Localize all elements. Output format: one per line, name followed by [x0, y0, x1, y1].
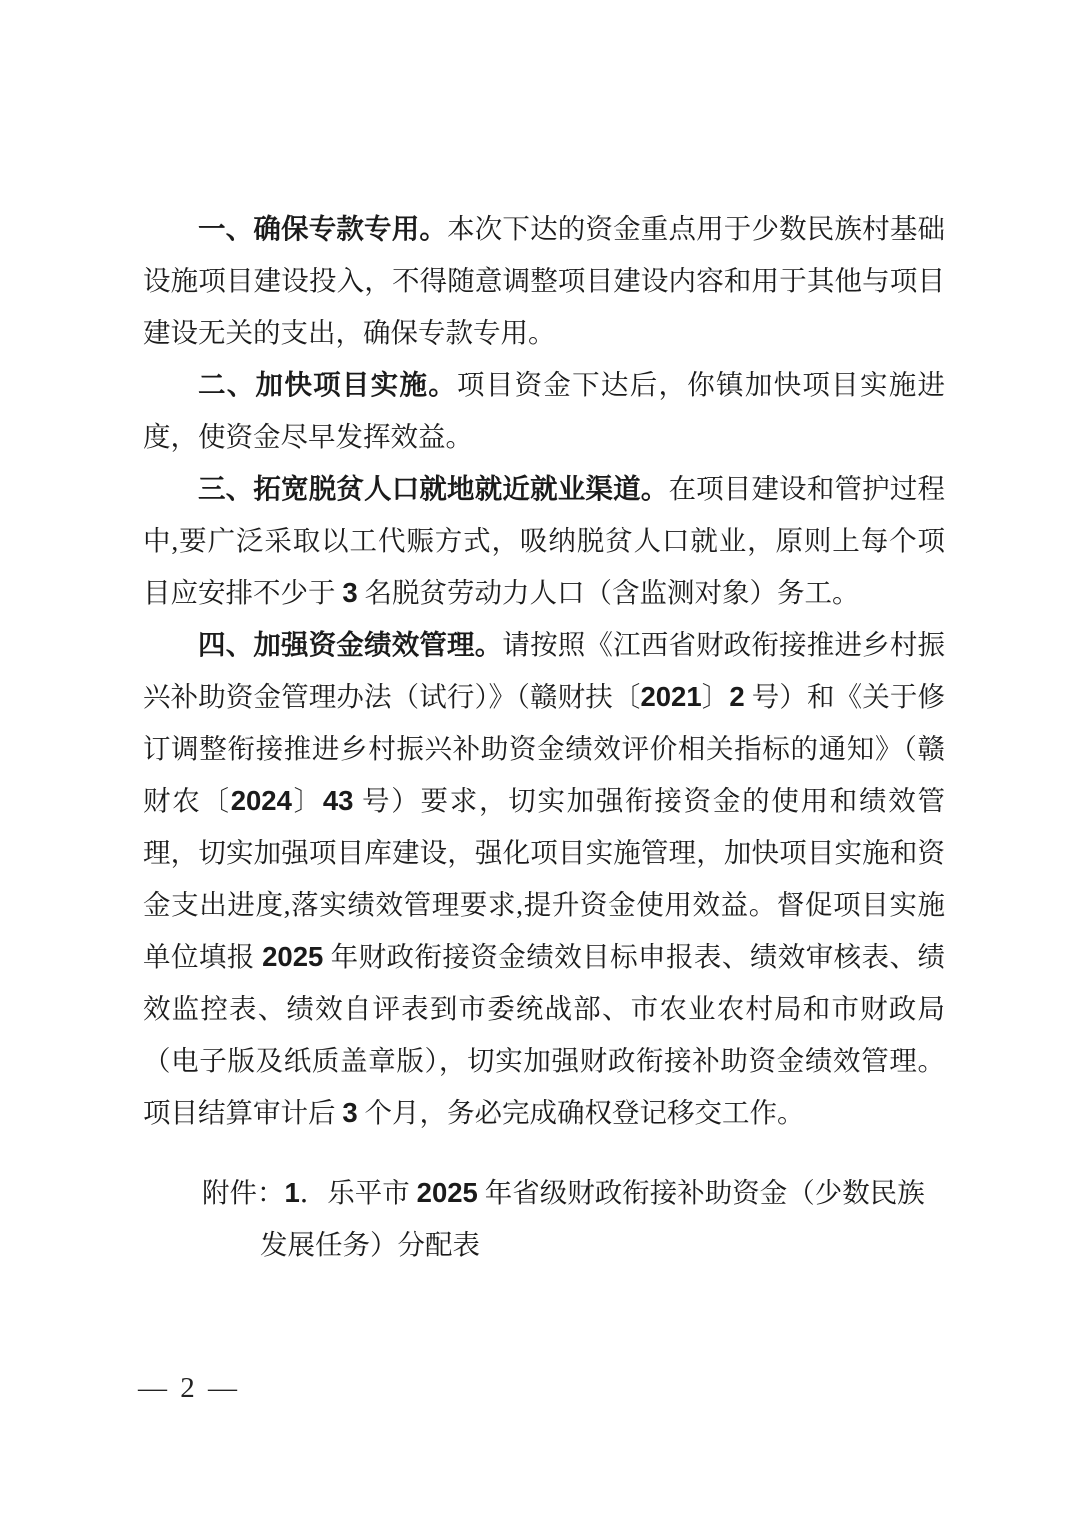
paragraph-1: 一、确保专款专用。本次下达的资金重点用于少数民族村基础设施项目建设投入，不得随意… — [143, 203, 945, 359]
paragraph-1-heading: 一、确保专款专用。 — [198, 213, 447, 244]
numeral: 2024 — [231, 785, 292, 816]
attachment-label: 附件： — [202, 1177, 285, 1208]
page-number: — 2 — — [138, 1372, 240, 1405]
numeral: 3 — [342, 1097, 357, 1128]
numeral: 2021 — [640, 681, 701, 712]
numeral: 1 — [285, 1177, 300, 1208]
numeral: 2 — [729, 681, 744, 712]
numeral: 2025 — [417, 1177, 478, 1208]
paragraph-2-heading: 二、加快项目实施。 — [198, 369, 457, 400]
paragraph-3-heading: 三、拓宽脱贫人口就地就近就业渠道。 — [198, 473, 668, 504]
document-page: 一、确保专款专用。本次下达的资金重点用于少数民族村基础设施项目建设投入，不得随意… — [0, 0, 1074, 1520]
paragraph-4-heading: 四、加强资金绩效管理。 — [198, 629, 502, 660]
numeral: 3 — [342, 577, 357, 608]
paragraph-4: 四、加强资金绩效管理。请按照《江西省财政衔接推进乡村振兴补助资金管理办法（试行）… — [143, 619, 945, 1139]
document-body: 一、确保专款专用。本次下达的资金重点用于少数民族村基础设施项目建设投入，不得随意… — [143, 203, 945, 1271]
attachment-line: 附件：1．乐平市 2025 年省级财政衔接补助资金（少数民族发展任务）分配表 — [143, 1167, 945, 1271]
paragraph-2: 二、加快项目实施。项目资金下达后，你镇加快项目实施进度，使资金尽早发挥效益。 — [143, 359, 945, 463]
attachment-item: 1．乐平市 2025 年省级财政衔接补助资金（少数民族发展任务）分配表 — [260, 1177, 925, 1260]
paragraph-3: 三、拓宽脱贫人口就地就近就业渠道。在项目建设和管护过程中,要广泛采取以工代赈方式… — [143, 463, 945, 619]
numeral: 43 — [323, 785, 354, 816]
numeral: 2025 — [262, 941, 323, 972]
